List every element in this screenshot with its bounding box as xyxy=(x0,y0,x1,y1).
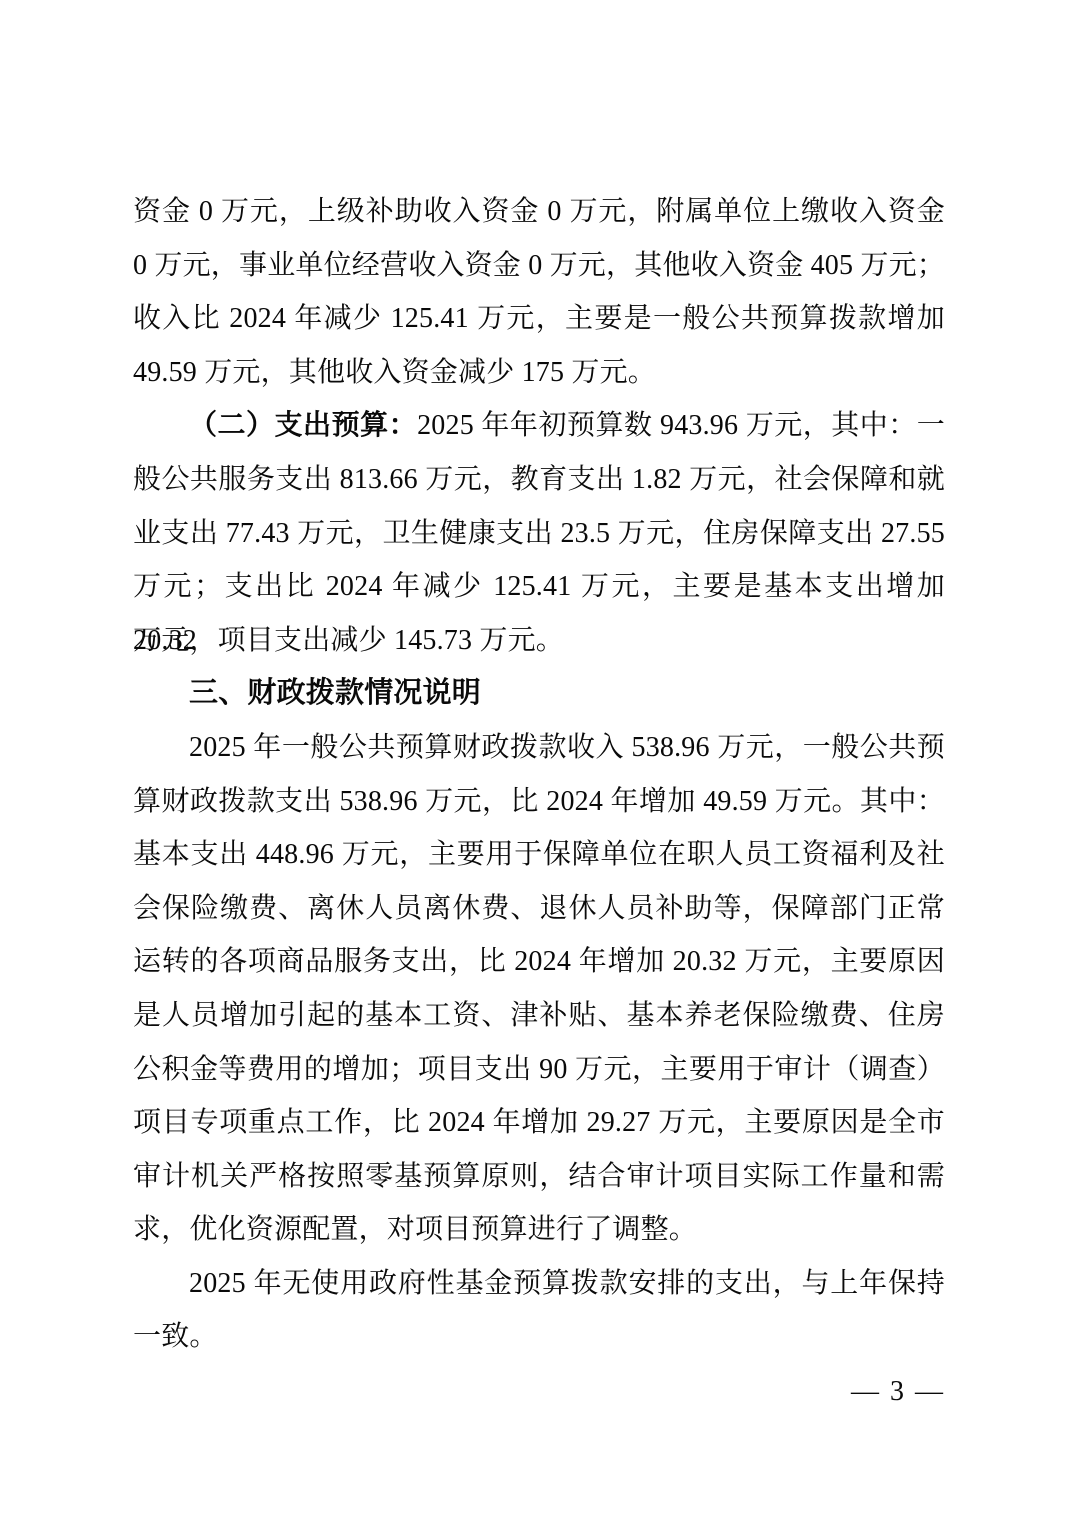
text-line: 2025 年一般公共预算财政拨款收入 538.96 万元，一般公共预 xyxy=(133,721,945,775)
text-line: 算财政拨款支出 538.96 万元，比 2024 年增加 49.59 万元。其中… xyxy=(133,775,945,829)
section-heading: 三、财政拨款情况说明 xyxy=(133,667,945,721)
paragraph-lead: （二）支出预算： xyxy=(189,410,417,441)
document-page: 资金 0 万元，上级补助收入资金 0 万元，附属单位上缴收入资金0 万元，事业单… xyxy=(0,0,1074,1520)
text-line: 般公共服务支出 813.66 万元，教育支出 1.82 万元，社会保障和就 xyxy=(133,453,945,507)
text-line: 万元，项目支出减少 145.73 万元。 xyxy=(133,614,945,668)
text-line: 资金 0 万元，上级补助收入资金 0 万元，附属单位上缴收入资金 xyxy=(133,185,945,239)
text-line: 业支出 77.43 万元，卫生健康支出 23.5 万元，住房保障支出 27.55 xyxy=(133,507,945,561)
text-line: 公积金等费用的增加；项目支出 90 万元，主要用于审计（调查） xyxy=(133,1043,945,1097)
text-line: 基本支出 448.96 万元，主要用于保障单位在职人员工资福利及社 xyxy=(133,828,945,882)
text-line: 会保险缴费、离休人员离休费、退休人员补助等，保障部门正常 xyxy=(133,882,945,936)
text-line: 求，优化资源配置，对项目预算进行了调整。 xyxy=(133,1203,945,1257)
text-line: 一致。 xyxy=(133,1310,945,1364)
text-line: 收入比 2024 年减少 125.41 万元，主要是一般公共预算拨款增加 xyxy=(133,292,945,346)
text-line: 运转的各项商品服务支出，比 2024 年增加 20.32 万元，主要原因 xyxy=(133,935,945,989)
text-line: 2025 年无使用政府性基金预算拨款安排的支出，与上年保持 xyxy=(133,1257,945,1311)
text-line: 49.59 万元，其他收入资金减少 175 万元。 xyxy=(133,346,945,400)
document-body: 资金 0 万元，上级补助收入资金 0 万元，附属单位上缴收入资金0 万元，事业单… xyxy=(133,185,945,1364)
text-line: 审计机关严格按照零基预算原则，结合审计项目实际工作量和需 xyxy=(133,1150,945,1204)
text-line: 万元；支出比 2024 年减少 125.41 万元，主要是基本支出增加 20.3… xyxy=(133,560,945,614)
text-line: 0 万元，事业单位经营收入资金 0 万元，其他收入资金 405 万元； xyxy=(133,239,945,293)
page-number: — 3 — xyxy=(851,1372,945,1412)
text-line: （二）支出预算：2025 年年初预算数 943.96 万元，其中：一 xyxy=(133,399,945,453)
line-text: 2025 年年初预算数 943.96 万元，其中：一 xyxy=(417,410,945,441)
text-line: 项目专项重点工作，比 2024 年增加 29.27 万元，主要原因是全市 xyxy=(133,1096,945,1150)
text-line: 是人员增加引起的基本工资、津补贴、基本养老保险缴费、住房 xyxy=(133,989,945,1043)
